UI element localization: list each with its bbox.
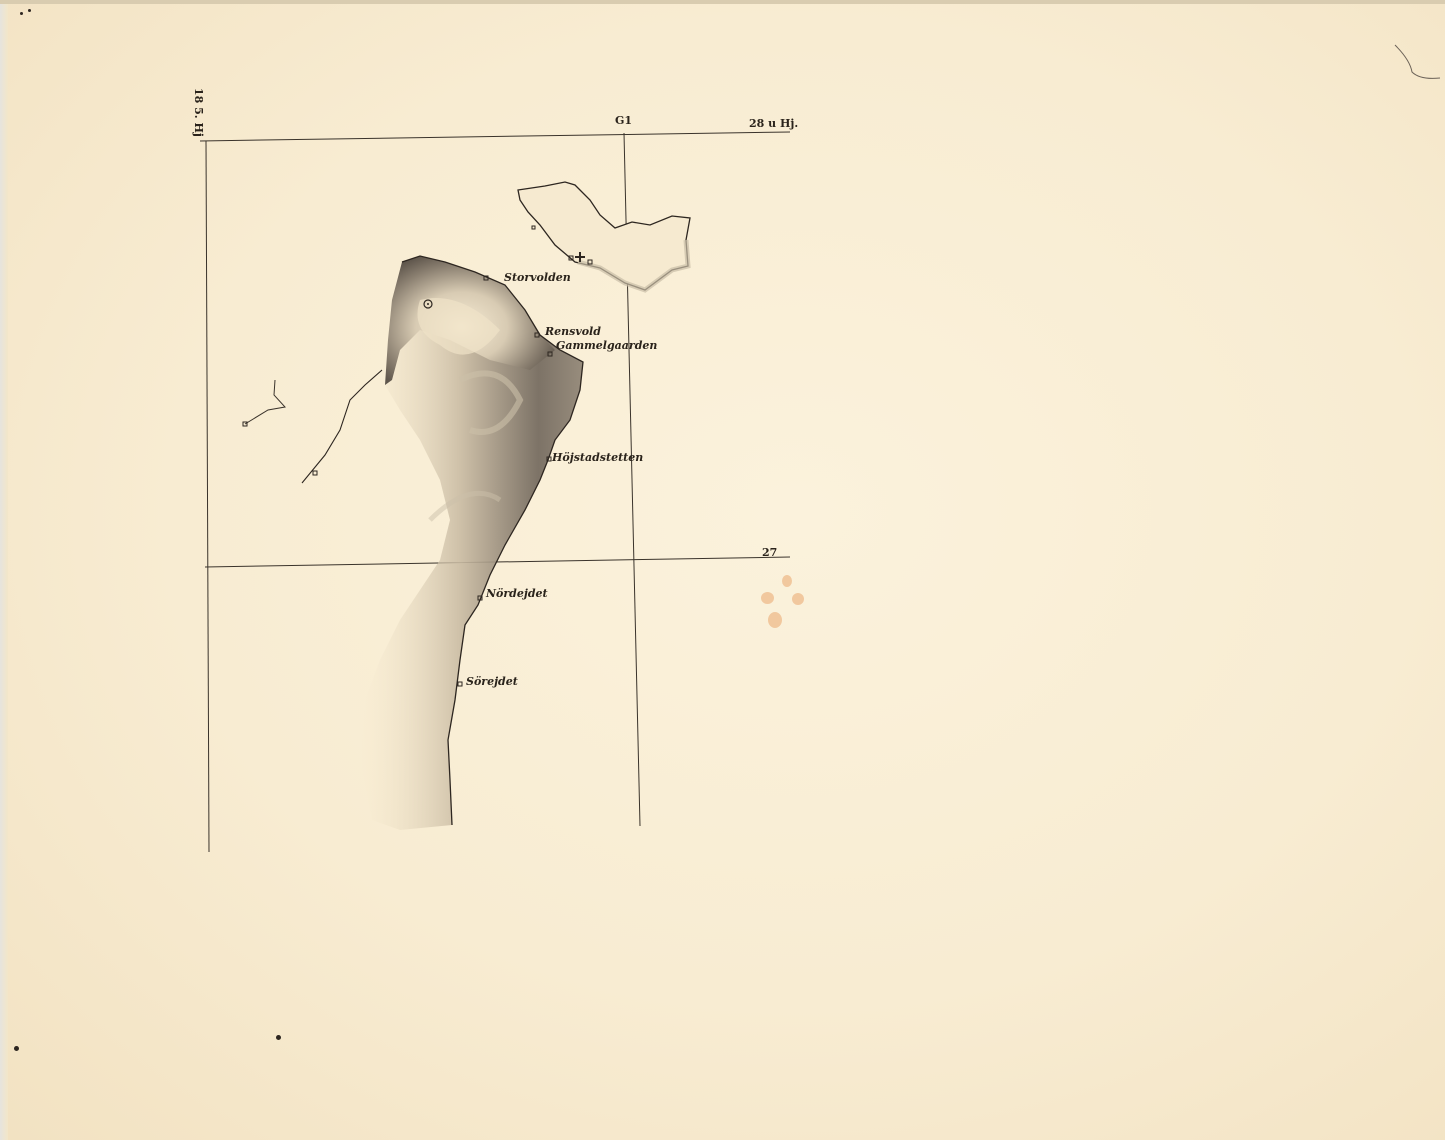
paper-speck	[20, 12, 23, 15]
map-canvas	[0, 0, 1445, 1140]
paper-stain	[782, 575, 792, 587]
grid-label-right-mid: 27	[762, 546, 777, 559]
paper-stain	[792, 593, 804, 605]
paper-speck	[28, 9, 31, 12]
place-label-hojstadstetten: Höjstadstetten	[552, 451, 643, 464]
farm-square-icon	[532, 226, 535, 229]
inlet-line	[245, 380, 285, 424]
farm-square-icon	[313, 471, 317, 475]
grid-label-top-right: 28 u Hj.	[749, 117, 798, 130]
paper-tear-mark	[1395, 45, 1440, 78]
paper-speck	[276, 1035, 281, 1040]
place-label-nordejdet: Nördejdet	[486, 587, 548, 600]
grid-line-left	[206, 141, 209, 852]
paper-speck	[14, 1046, 19, 1051]
place-label-rensvold: Rensvold	[545, 325, 601, 338]
place-label-gammelgaarden: Gammelgaarden	[556, 339, 657, 352]
coastline-west	[302, 370, 382, 483]
grid-label-left: 18 5. Hj	[192, 88, 205, 137]
grid-line-top	[200, 132, 790, 141]
place-label-storvolden: Storvolden	[504, 271, 571, 284]
place-label-sorejdet: Sörejdet	[466, 675, 518, 688]
paper-stain	[761, 592, 774, 604]
grid-label-top-center: G1	[615, 114, 632, 127]
paper-stain	[768, 612, 782, 628]
